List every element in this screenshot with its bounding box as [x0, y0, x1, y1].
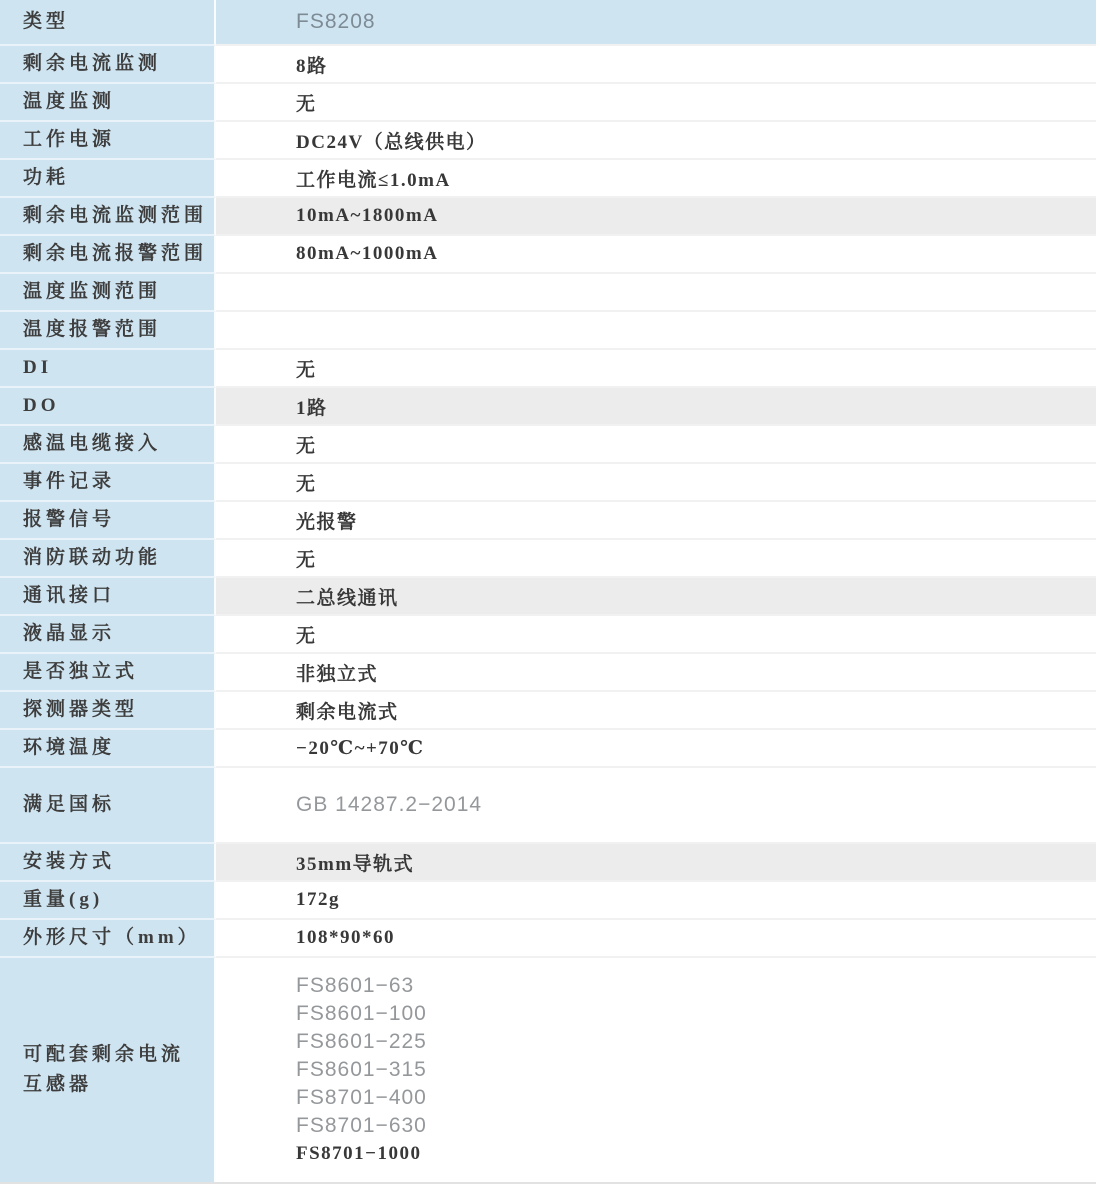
spec-value: 35mm导轨式	[216, 844, 1096, 882]
spec-label: 感温电缆接入	[0, 426, 216, 464]
spec-value: 无	[216, 540, 1096, 578]
spec-label: 工作电源	[0, 122, 216, 160]
table-row: 探测器类型 剩余电流式	[0, 692, 1096, 730]
spec-label: 满足国标	[0, 768, 216, 844]
spec-label-line: 可配套剩余电流	[23, 1040, 214, 1070]
transformer-model: FS8701−400	[296, 1084, 1096, 1112]
spec-label: 剩余电流报警范围	[0, 236, 216, 274]
spec-value: 无	[216, 426, 1096, 464]
spec-label: 环境温度	[0, 730, 216, 768]
spec-label: DO	[0, 388, 216, 426]
spec-value: 1路	[216, 388, 1096, 426]
spec-value: FS8208	[216, 0, 1096, 46]
spec-value	[216, 274, 1096, 312]
table-row: 剩余电流报警范围 80mA~1000mA	[0, 236, 1096, 274]
spec-label: 安装方式	[0, 844, 216, 882]
spec-value: 工作电流≤1.0mA	[216, 160, 1096, 198]
transformer-model: FS8601−63	[296, 972, 1096, 1000]
table-row: 是否独立式 非独立式	[0, 654, 1096, 692]
table-row: 功耗 工作电流≤1.0mA	[0, 160, 1096, 198]
spec-label: 类型	[0, 0, 216, 46]
spec-label: 报警信号	[0, 502, 216, 540]
table-row: 剩余电流监测范围 10mA~1800mA	[0, 198, 1096, 236]
table-row: 安装方式 35mm导轨式	[0, 844, 1096, 882]
spec-value: 无	[216, 350, 1096, 388]
spec-value: 剩余电流式	[216, 692, 1096, 730]
spec-label: 探测器类型	[0, 692, 216, 730]
table-row: 报警信号 光报警	[0, 502, 1096, 540]
spec-label: 事件记录	[0, 464, 216, 502]
table-row: 重量(g) 172g	[0, 882, 1096, 920]
table-row: 感温电缆接入 无	[0, 426, 1096, 464]
spec-value: 无	[216, 84, 1096, 122]
spec-label: 可配套剩余电流互感器	[0, 958, 216, 1182]
table-row: 温度监测 无	[0, 84, 1096, 122]
table-row: 剩余电流监测 8路	[0, 46, 1096, 84]
spec-label: 温度报警范围	[0, 312, 216, 350]
spec-value: 无	[216, 616, 1096, 654]
spec-label: 剩余电流监测	[0, 46, 216, 84]
table-row: 通讯接口 二总线通讯	[0, 578, 1096, 616]
spec-value: 80mA~1000mA	[216, 236, 1096, 274]
spec-label: 重量(g)	[0, 882, 216, 920]
transformer-model: FS8601−225	[296, 1028, 1096, 1056]
spec-value: 172g	[216, 882, 1096, 920]
spec-value: 8路	[216, 46, 1096, 84]
table-row: 外形尺寸（mm） 108*90*60	[0, 920, 1096, 958]
table-row: 环境温度 −20℃~+70℃	[0, 730, 1096, 768]
spec-value: GB 14287.2−2014	[216, 768, 1096, 844]
spec-label-line: 互感器	[23, 1070, 214, 1100]
spec-table: 类型 FS8208 剩余电流监测 8路 温度监测 无 工作电源 DC24V（总线…	[0, 0, 1096, 1184]
spec-label: 外形尺寸（mm）	[0, 920, 216, 958]
spec-label: 是否独立式	[0, 654, 216, 692]
transformer-model: FS8601−100	[296, 1000, 1096, 1028]
table-row: 液晶显示 无	[0, 616, 1096, 654]
table-row: 温度监测范围	[0, 274, 1096, 312]
spec-label: 消防联动功能	[0, 540, 216, 578]
spec-value: 非独立式	[216, 654, 1096, 692]
table-row: DI 无	[0, 350, 1096, 388]
transformer-model: FS8701−1000	[296, 1140, 1096, 1168]
spec-label: DI	[0, 350, 216, 388]
spec-label: 通讯接口	[0, 578, 216, 616]
spec-value: −20℃~+70℃	[216, 730, 1096, 768]
table-row: DO 1路	[0, 388, 1096, 426]
spec-value: 光报警	[216, 502, 1096, 540]
spec-label: 剩余电流监测范围	[0, 198, 216, 236]
transformer-model: FS8601−315	[296, 1056, 1096, 1084]
spec-value: FS8601−63FS8601−100FS8601−225FS8601−315F…	[216, 958, 1096, 1182]
transformer-model: FS8701−630	[296, 1112, 1096, 1140]
table-row: 类型 FS8208	[0, 0, 1096, 46]
table-row: 温度报警范围	[0, 312, 1096, 350]
spec-value: 108*90*60	[216, 920, 1096, 958]
spec-value	[216, 312, 1096, 350]
table-row: 事件记录 无	[0, 464, 1096, 502]
table-row: 满足国标 GB 14287.2−2014	[0, 768, 1096, 844]
spec-label: 功耗	[0, 160, 216, 198]
spec-value: 10mA~1800mA	[216, 198, 1096, 236]
spec-value: 无	[216, 464, 1096, 502]
table-row: 可配套剩余电流互感器 FS8601−63FS8601−100FS8601−225…	[0, 958, 1096, 1182]
spec-value: DC24V（总线供电）	[216, 122, 1096, 160]
table-row: 消防联动功能 无	[0, 540, 1096, 578]
spec-label: 温度监测	[0, 84, 216, 122]
table-row: 工作电源 DC24V（总线供电）	[0, 122, 1096, 160]
spec-label: 温度监测范围	[0, 274, 216, 312]
spec-value: 二总线通讯	[216, 578, 1096, 616]
spec-label: 液晶显示	[0, 616, 216, 654]
